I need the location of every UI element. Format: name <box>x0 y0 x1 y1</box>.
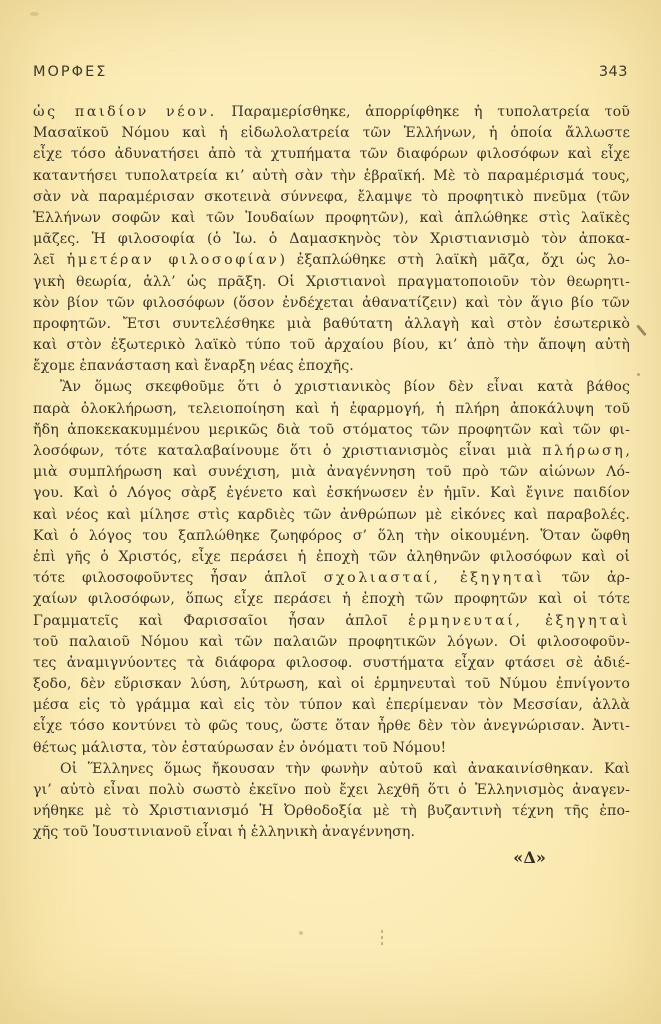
text-line: καταντήσει τυπολατρεία κι’ αὐτὴ σὰν τὴν … <box>33 166 630 187</box>
text-segment: Καὶ ὁ λόγος του ξαπλώθηκε ζωηφόρος σ’ ὅλ… <box>33 528 630 544</box>
scan-artifact-dash <box>381 930 383 946</box>
text-segment: τοῦ παλαιοῦ Νόμου καὶ τῶν παλαιῶν προφητ… <box>33 634 630 650</box>
scan-artifact-dot <box>637 373 640 376</box>
text-line: Γραμματεῖς καὶ Φαρισσαῖοι ἦσαν ἁπλοῖ ἑρμ… <box>33 611 630 632</box>
text-segment: μᾶζες. Ἡ φιλοσοφία (ὁ Ἰω. ὁ Δαμασκηνὸς τ… <box>33 231 630 247</box>
text-segment: ἔχομε ἐπανάσταση καὶ ἔναρξη νέας ἐποχῆς. <box>33 358 354 374</box>
text-segment: Οἱ Ἕλληνες ὅμως ἤκουσαν τὴν φωνὴν αὐτοῦ … <box>60 761 630 777</box>
text-segment: σὰν νὰ παραμέρισαν σκοτεινὰ σύννεφα, ἔλα… <box>33 189 630 205</box>
text-line: Καὶ ὁ λόγος του ξαπλώθηκε ζωηφόρος σ’ ὅλ… <box>33 526 630 547</box>
book-page: ΜΟΡΦΕΣ 343 ὡς παιδίον νέον. Παραμερίσθηκ… <box>0 0 661 1024</box>
text-line: προφητῶν. Ἔτσι συντελέσθηκε μιὰ βαθύτατη… <box>33 314 630 335</box>
text-segment: Μασαϊκοῦ Νόμου καὶ ἡ εἰδωλολατρεία τῶν Ἑ… <box>33 125 630 141</box>
text-line: θέτως μάλιστα, τὸν ἐσταύρωσαν ἐν ὀνόματι… <box>33 738 630 759</box>
text-line: γου. Καὶ ὁ Λόγος σὰρξ ἐγένετο καὶ ἐσκήνω… <box>33 483 630 504</box>
text-line: καὶ νέος καὶ μίλησε στὶς καρδιὲς τῶν ἀνθ… <box>33 505 630 526</box>
text-line: ξοδο, δὲν εὕρισκαν λύση, λύτρωση, καὶ οἱ… <box>33 674 630 695</box>
letterspaced-text: σχολιασταί, ἐξηγηταὶ <box>324 570 545 586</box>
text-segment: τότε φιλοσοφοῦντες ἦσαν ἁπλοῖ <box>33 570 324 586</box>
text-line: μιὰ συμπλήρωση καὶ συνέχιση, μιὰ ἀναγένν… <box>33 462 630 483</box>
text-segment: χαίων φιλοσόφων, ὅπως εἶχε περάσει ἡ ἐπο… <box>33 591 630 607</box>
text-segment: θέτως μάλιστα, τὸν ἐσταύρωσαν ἐν ὀνόματι… <box>33 740 446 756</box>
text-line: κὸν βίον τῶν φιλοσόφων (ὅσον ἐνδέχεται ἀ… <box>33 293 630 314</box>
scan-artifact-smudge <box>30 12 39 16</box>
text-segment: Ἑλλήνων σοφῶν καὶ τῶν Ἰουδαίων προφητῶν)… <box>33 210 630 226</box>
text-line: σὰν νὰ παραμέρισαν σκοτεινὰ σύννεφα, ἔλα… <box>33 187 630 208</box>
text-line: χῆς τοῦ Ἰουστινιανοῦ εἶναι ἡ ἑλληνικὴ ἀν… <box>33 822 630 843</box>
text-segment: μιὰ συμπλήρωση καὶ συνέχιση, μιὰ ἀναγένν… <box>33 464 630 480</box>
text-line: Ἑλλήνων σοφῶν καὶ τῶν Ἰουδαίων προφητῶν)… <box>33 208 630 229</box>
text-segment: τες ἀναμιγνύοντες τὰ διάφορα φιλοσοφ. συ… <box>33 655 630 671</box>
text-line: ἐπὶ γῆς ὁ Χριστός, εἶχε περάσει ἡ ἐποχὴ … <box>33 547 630 568</box>
text-line: νήθηκε μὲ τὸ Χριστιανισμό Ἡ Ὀρθοδοξία μὲ… <box>33 801 630 822</box>
paragraph: Ἂν ὅμως σκεφθοῦμε ὅτι ὁ χριστιανικὸς βίο… <box>33 377 630 758</box>
text-line: ἤδη ἀποκεκακυμμένου μερικῶς διὰ τοῦ στόμ… <box>33 420 630 441</box>
text-segment: ἐπὶ γῆς ὁ Χριστός, εἶχε περάσει ἡ ἐποχὴ … <box>33 549 630 565</box>
text-segment: προφητῶν. Ἔτσι συντελέσθηκε μιὰ βαθύτατη… <box>33 316 630 332</box>
text-segment: Ἂν ὅμως σκεφθοῦμε ὅτι ὁ χριστιανικὸς βίο… <box>60 379 630 395</box>
text-line: ἔχομε ἐπανάσταση καὶ ἔναρξη νέας ἐποχῆς. <box>33 356 630 377</box>
text-line: γι’ αὐτὸ εἶναι πολὺ σωστὸ ἐκεῖνο ποὺ ἔχε… <box>33 780 630 801</box>
text-segment: καὶ νέος καὶ μίλησε στὶς καρδιὲς τῶν ἀνθ… <box>33 507 630 523</box>
body-text: ὡς παιδίον νέον. Παραμερίσθηκε, ἀπορρίφθ… <box>33 102 630 867</box>
text-line: μᾶζες. Ἡ φιλοσοφία (ὁ Ἰω. ὁ Δαμασκηνὸς τ… <box>33 229 630 250</box>
scan-artifact-stroke <box>636 325 646 337</box>
text-segment: γου. Καὶ ὁ Λόγος σὰρξ ἐγένετο καὶ ἐσκήνω… <box>33 485 630 501</box>
text-line: τοῦ παλαιοῦ Νόμου καὶ τῶν παλαιῶν προφητ… <box>33 632 630 653</box>
signature-initial: «Δ» <box>33 848 630 867</box>
text-segment: ) ἐξαπλώθηκε στὴ λαϊκὴ μᾶζα, ὄχι ὡς λο- <box>279 252 630 268</box>
text-line: γικὴ θεωρία, ἀλλ’ ὡς πρᾶξη. Οἱ Χριστιανο… <box>33 272 630 293</box>
text-line: λοσόφων, τότε καταλαβαίνουμε ὅτι ὁ χριστ… <box>33 441 630 462</box>
page-number: 343 <box>599 64 628 80</box>
text-line: παρὰ ὁλοκλήρωση, τελειοποίηση καὶ ἡ ἐφαρ… <box>33 399 630 420</box>
text-segment: λεῖ <box>33 252 67 268</box>
running-header: ΜΟΡΦΕΣ 343 <box>33 64 628 80</box>
text-segment: Παραμερίσθηκε, ἀπορρίφθηκε ἡ τυπολατρεία… <box>217 104 630 120</box>
text-segment: παρὰ ὁλοκλήρωση, τελειοποίηση καὶ ἡ ἐφαρ… <box>33 401 630 417</box>
text-segment: γι’ αὐτὸ εἶναι πολὺ σωστὸ ἐκεῖνο ποὺ ἔχε… <box>33 782 630 798</box>
text-line: λεῖ ἡμετέραν φιλοσοφίαν) ἐξαπλώθηκε στὴ … <box>33 250 630 271</box>
text-segment: τῶν ἀρ- <box>545 570 630 586</box>
text-line: εἶχε τόσο ἀδυνατήσει ἀπὸ τὰ χτυπήματα τῶ… <box>33 144 630 165</box>
text-line: τες ἀναμιγνύοντες τὰ διάφορα φιλοσοφ. συ… <box>33 653 630 674</box>
paragraph: ὡς παιδίον νέον. Παραμερίσθηκε, ἀπορρίφθ… <box>33 102 630 377</box>
text-segment: εἶχε τόσο ἀδυνατήσει ἀπὸ τὰ χτυπήματα τῶ… <box>33 146 630 162</box>
scan-artifact-dot <box>299 931 303 935</box>
text-segment: γικὴ θεωρία, ἀλλ’ ὡς πρᾶξη. Οἱ Χριστιανο… <box>33 274 630 290</box>
text-line: Ἂν ὅμως σκεφθοῦμε ὅτι ὁ χριστιανικὸς βίο… <box>33 377 630 398</box>
paragraph: Οἱ Ἕλληνες ὅμως ἤκουσαν τὴν φωνὴν αὐτοῦ … <box>33 759 630 844</box>
letterspaced-text: ὡς παιδίον νέον. <box>33 104 217 120</box>
text-segment: νήθηκε μὲ τὸ Χριστιανισμό Ἡ Ὀρθοδοξία μὲ… <box>33 803 630 819</box>
text-segment: λοσόφων, τότε καταλαβαίνουμε ὅτι ὁ χριστ… <box>33 443 542 459</box>
text-segment: καταντήσει τυπολατρεία κι’ αὐτὴ σὰν τὴν … <box>33 168 630 184</box>
text-segment: μέσα εἰς τὸ γράμμα καὶ εἰς τὸν τύπον καὶ… <box>33 697 630 713</box>
letterspaced-text: πλήρωση <box>542 443 625 459</box>
text-segment: εἶχε τόσο κοντύνει τὸ φῶς τους, ὥστε ὅτα… <box>33 718 630 734</box>
text-line: τότε φιλοσοφοῦντες ἦσαν ἁπλοῖ σχολιασταί… <box>33 568 630 589</box>
text-segment: , <box>625 443 630 459</box>
text-line: ὡς παιδίον νέον. Παραμερίσθηκε, ἀπορρίφθ… <box>33 102 630 123</box>
text-line: μέσα εἰς τὸ γράμμα καὶ εἰς τὸν τύπον καὶ… <box>33 695 630 716</box>
text-segment: Γραμματεῖς καὶ Φαρισσαῖοι ἦσαν ἁπλοῖ <box>33 613 408 629</box>
text-segment: κὸν βίον τῶν φιλοσόφων (ὅσον ἐνδέχεται ἀ… <box>33 295 630 311</box>
text-segment: ξοδο, δὲν εὕρισκαν λύση, λύτρωση, καὶ οἱ… <box>33 676 630 692</box>
text-segment: ἤδη ἀποκεκακυμμένου μερικῶς διὰ τοῦ στόμ… <box>33 422 630 438</box>
text-line: χαίων φιλοσόφων, ὅπως εἶχε περάσει ἡ ἐπο… <box>33 589 630 610</box>
letterspaced-text: ἡμετέραν φιλοσοφίαν <box>67 252 280 268</box>
running-title: ΜΟΡΦΕΣ <box>33 64 107 80</box>
text-line: Μασαϊκοῦ Νόμου καὶ ἡ εἰδωλολατρεία τῶν Ἑ… <box>33 123 630 144</box>
text-line: Οἱ Ἕλληνες ὅμως ἤκουσαν τὴν φωνὴν αὐτοῦ … <box>33 759 630 780</box>
text-line: καὶ στὸν ἐξωτερικὸ λαϊκὸ τύπο τοῦ ἀρχαίο… <box>33 335 630 356</box>
text-line: εἶχε τόσο κοντύνει τὸ φῶς τους, ὥστε ὅτα… <box>33 716 630 737</box>
text-segment: χῆς τοῦ Ἰουστινιανοῦ εἶναι ἡ ἑλληνικὴ ἀν… <box>33 824 415 840</box>
text-segment: καὶ στὸν ἐξωτερικὸ λαϊκὸ τύπο τοῦ ἀρχαίο… <box>33 337 630 353</box>
letterspaced-text: ἑρμηνευταί, ἐξηγηταὶ <box>408 613 630 629</box>
